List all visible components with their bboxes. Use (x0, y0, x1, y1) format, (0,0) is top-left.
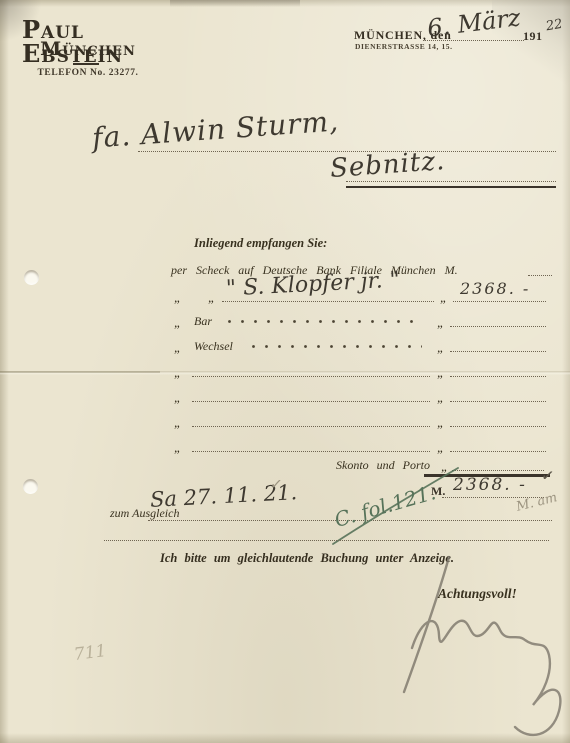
year-printed: 191 (523, 29, 543, 44)
fold-crease-shadow (0, 371, 160, 373)
row-wechsel-label: Wechsel (194, 339, 233, 354)
row-scheck-rule (528, 275, 552, 276)
street-address: DIENERSTRASSE 14, 15. (355, 42, 453, 51)
bottom-rule (104, 540, 549, 541)
row-bar-label: Bar (194, 314, 212, 329)
checkmark-ausgleich: ✓ (269, 476, 283, 492)
ditto-mark: „ (174, 415, 181, 431)
paper-smudge-top-center (170, 0, 300, 7)
signature-scrawl (365, 545, 570, 743)
telephone-line: TELEFON No. 23277. (22, 68, 154, 78)
scanned-receipt-document: Paul Ebstein München TELEFON No. 23277. … (0, 0, 570, 743)
letterhead-divider (73, 63, 99, 65)
ditto-mark: „ (174, 290, 181, 306)
pencil-number: 711 (73, 643, 107, 664)
ditto-mark: „ (437, 390, 444, 406)
ditto-mark: „ (174, 315, 181, 331)
recipient-underline (346, 186, 556, 188)
empty-row-rule (450, 376, 546, 377)
ditto-mark: „ (437, 315, 444, 331)
ditto-mark: „ (437, 340, 444, 356)
ditto-mark: „ (440, 290, 447, 306)
empty-row-rule (192, 376, 430, 377)
dot-leader (228, 320, 422, 323)
recipient-rule-2 (346, 181, 556, 182)
row-payee-rule (222, 301, 434, 302)
company-city: München (22, 40, 154, 59)
skonto-rule (452, 470, 544, 471)
empty-row-rule (192, 426, 430, 427)
empty-row-rule (192, 401, 430, 402)
ditto-mark: „ (437, 365, 444, 381)
empty-row-rule (192, 451, 430, 452)
empty-row-rule (450, 426, 546, 427)
empty-row-rule (450, 451, 546, 452)
ditto-mark: „ (437, 440, 444, 456)
year-handwritten: 22 (545, 18, 564, 34)
ditto-mark: „ (174, 340, 181, 356)
ditto-mark: „ (174, 365, 181, 381)
empty-row-rule (450, 401, 546, 402)
form-intro: Inliegend empfangen Sie: (194, 236, 327, 251)
row-bar-rule (450, 326, 546, 327)
payee-amount-handwritten: 2368. - (460, 281, 530, 297)
ditto-mark: „ (208, 290, 215, 306)
recipient-name-handwritten: fa. Alwin Sturm, (91, 107, 340, 152)
punch-hole-bottom (23, 479, 38, 494)
checkmark-total: ✓ (540, 467, 556, 485)
punch-hole-top (24, 270, 39, 285)
row-wechsel-rule (450, 351, 546, 352)
ditto-mark: „ (174, 390, 181, 406)
row-payee-amount-rule (453, 301, 546, 302)
recipient-city-handwritten: Sebnitz. (329, 148, 446, 182)
dot-leader (252, 345, 422, 348)
ditto-mark: „ (174, 440, 181, 456)
ditto-mark: „ (437, 415, 444, 431)
